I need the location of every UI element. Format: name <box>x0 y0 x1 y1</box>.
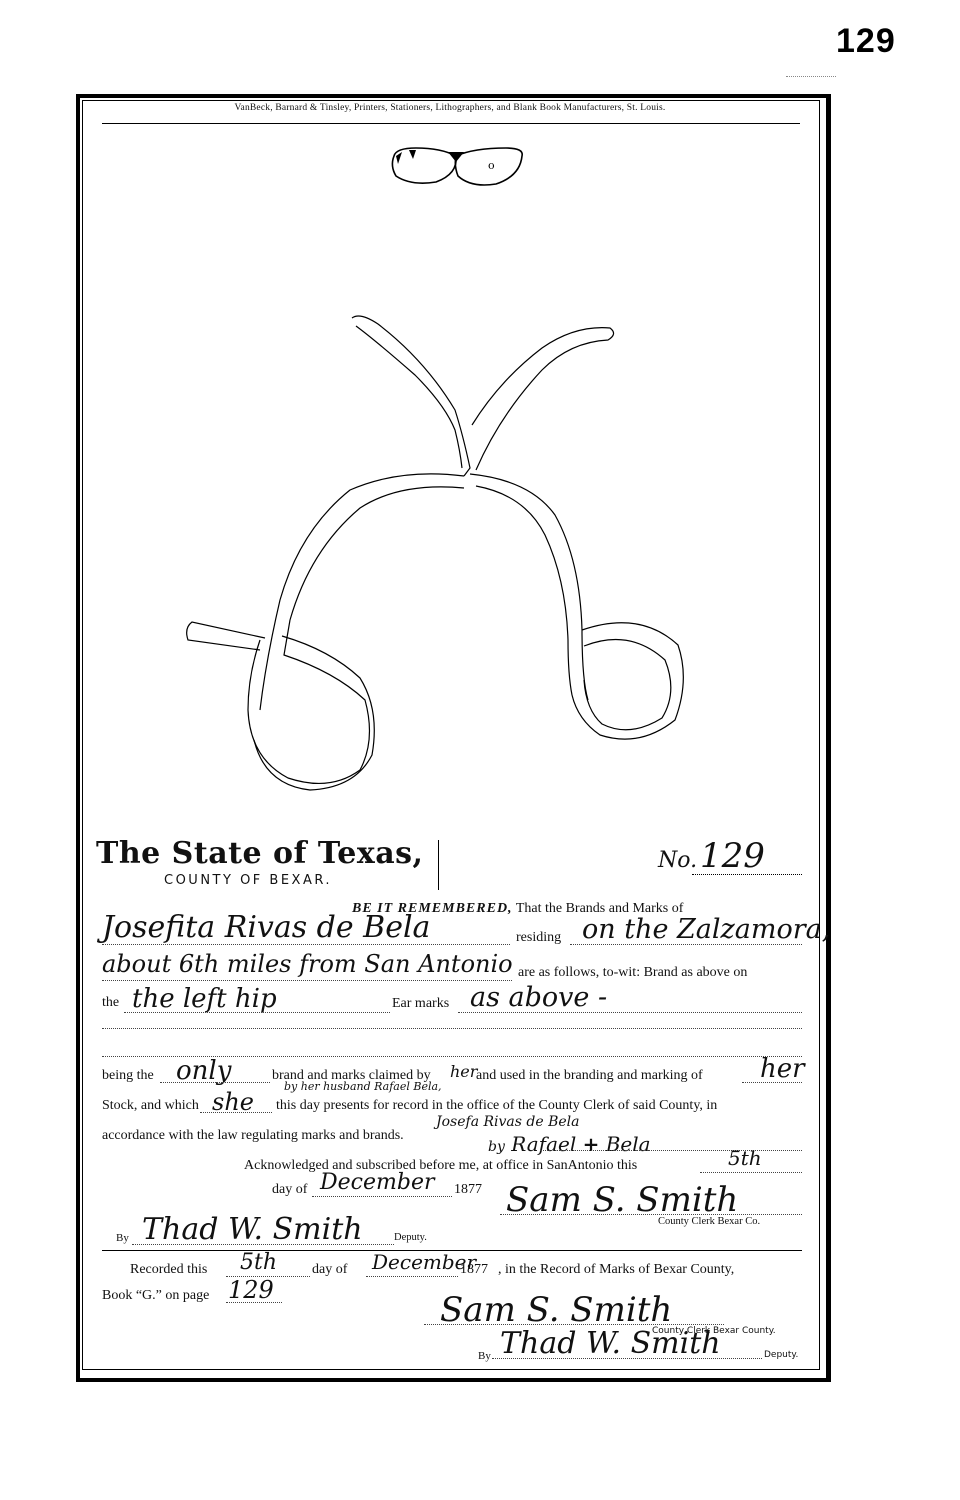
ack-month-line <box>312 1196 452 1197</box>
signature-mark-x: + <box>583 1132 600 1156</box>
residing-label: residing <box>516 930 561 946</box>
presenter-line <box>200 1112 272 1113</box>
blank-line-1 <box>102 1028 802 1029</box>
signature-agent: Rafael <box>511 1132 576 1156</box>
record-number-label: No. <box>658 848 697 873</box>
being-the-text: being the <box>102 1068 154 1084</box>
owner-name: Josefita Rivas de Bela <box>102 910 430 945</box>
cattle-brand-drawing <box>170 300 690 800</box>
brand-location: the left hip <box>132 984 277 1014</box>
recording-deputy-label: Deputy. <box>764 1350 798 1360</box>
signature-line <box>540 1150 802 1151</box>
scan-speck <box>786 76 836 77</box>
accordance-text: accordance with the law regulating marks… <box>102 1128 404 1144</box>
ack-year: 1877 <box>454 1182 482 1198</box>
form-title: The State of Texas, <box>96 836 424 871</box>
recorded-day-of: day of <box>312 1262 347 1278</box>
county-label: COUNTY OF BEXAR. <box>164 873 332 888</box>
recorded-this-label: Recorded this <box>130 1262 207 1278</box>
book-page-line <box>226 1302 282 1303</box>
clerk-title: County Clerk Bexar Co. <box>658 1216 760 1227</box>
stock-owner-value: her <box>760 1054 805 1084</box>
ear-marks-line <box>458 1012 802 1013</box>
acknowledged-text: Acknowledged and subscribed before me, a… <box>244 1158 637 1174</box>
signature-by: by <box>488 1139 505 1155</box>
record-number-value: 129 <box>700 836 765 876</box>
brand-location-line <box>124 1012 390 1013</box>
residence-line <box>570 944 802 945</box>
stock-owner-line <box>742 1082 802 1083</box>
ack-day-line <box>700 1172 802 1173</box>
owner-signature: Josefa Rivas de Bela <box>436 1114 580 1130</box>
by-label: By <box>116 1232 129 1244</box>
clerk-signature-line <box>500 1214 802 1215</box>
ear-marks-label: Ear marks <box>392 996 449 1012</box>
day-of-label: day of <box>272 1182 307 1198</box>
recording-deputy-signature: Thad W. Smith <box>500 1326 721 1361</box>
recorded-month-line <box>366 1276 458 1277</box>
only-line <box>160 1082 270 1083</box>
page-number: 129 <box>836 22 896 61</box>
stock-text: Stock, and which <box>102 1098 199 1114</box>
residence: on the Zalzamora, <box>582 914 830 945</box>
recorded-day: 5th <box>240 1250 277 1275</box>
printer-rule <box>102 123 800 124</box>
agent-signature-line: by Rafael + Bela <box>488 1132 651 1156</box>
the-label: the <box>102 995 119 1011</box>
ack-month: December <box>320 1170 434 1195</box>
used-text: and used in the branding and marking of <box>476 1068 703 1084</box>
deputy-signature: Thad W. Smith <box>142 1212 363 1247</box>
ack-day: 5th <box>728 1146 762 1170</box>
recording-clerk-line <box>424 1324 724 1325</box>
claimed-by-value: her <box>450 1062 477 1081</box>
signature-agent-last: Bela <box>606 1132 651 1156</box>
deputy-line <box>132 1244 394 1245</box>
deputy-label: Deputy. <box>394 1232 427 1243</box>
svg-text:o: o <box>488 159 495 172</box>
book-page: 129 <box>228 1276 274 1304</box>
ear-mark-diagram-icon: o <box>386 142 536 192</box>
brace-divider <box>432 840 439 890</box>
book-text: Book “G.” on page <box>102 1288 209 1304</box>
residence-continued: about 6th miles from San Antonio <box>102 950 513 978</box>
record-number-line <box>692 874 802 875</box>
recording-by-label: By <box>478 1350 491 1362</box>
presenter-note: by her husband Rafael Bela, <box>284 1080 442 1093</box>
are-as-follows-text: are as follows, to-wit: Brand as above o… <box>518 965 747 981</box>
residence-cont-line <box>102 980 512 981</box>
recording-deputy-line <box>492 1358 762 1359</box>
ear-marks-value: as above - <box>470 982 607 1013</box>
recorded-year: 1877 <box>460 1262 488 1278</box>
printer-credit: VanBeck, Barnard & Tinsley, Printers, St… <box>100 103 800 113</box>
presents-text: this day presents for record in the offi… <box>276 1098 717 1114</box>
owner-name-line <box>102 944 510 945</box>
record-text: , in the Record of Marks of Bexar County… <box>498 1262 734 1278</box>
